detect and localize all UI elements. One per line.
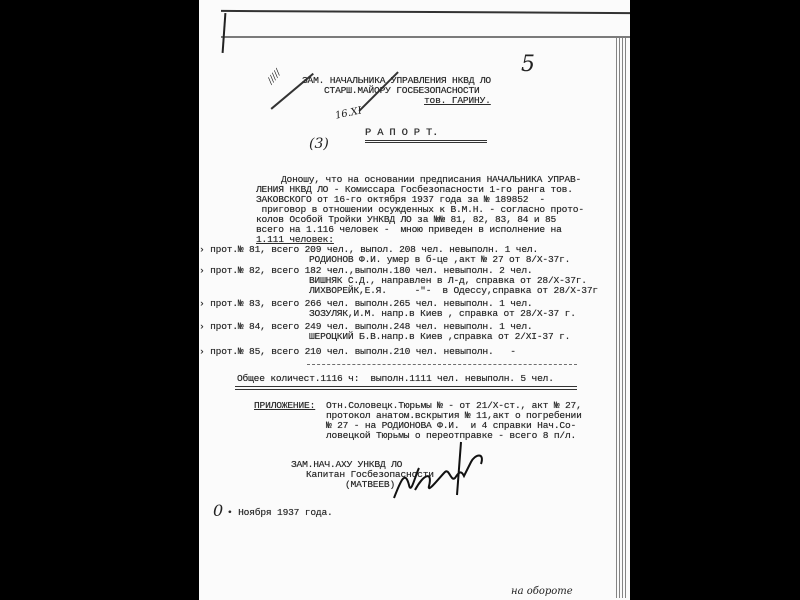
signature-name: (МАТВЕЕВ): [345, 480, 395, 490]
total-line: Общее количест.1116 ч: выполн.1111 чел. …: [237, 374, 554, 384]
separator-dashed: [307, 364, 577, 366]
addressee-line-3: тов. ГАРИНУ.: [424, 96, 491, 106]
total-underline: [235, 386, 577, 387]
margin-note-handwritten: 16.XI: [334, 105, 363, 121]
scan-artifact-line: [221, 36, 630, 38]
attachment-label: ПРИЛОЖЕНИЕ:: [254, 401, 315, 411]
title-underline: [365, 142, 487, 143]
document-page: 5 ///// ЗАМ. НАЧАЛЬНИКА УПРАВЛЕНИЯ НКВД …: [199, 0, 630, 600]
page-number-handwritten: 5: [521, 52, 535, 77]
protocol-detail: ЗОЗУЛЯК,И.М. напр.в Киев , справка от 28…: [309, 309, 576, 319]
title-underline: [365, 140, 487, 141]
margin-scribble: /////: [266, 68, 283, 86]
protocol-detail: ШЕРОЦКИЙ Б.В.напр.в Киев ,справка от 2/X…: [309, 332, 570, 342]
protocol-detail: РОДИОНОВ Ф.И. умер в б-це ,акт № 27 от 8…: [309, 255, 570, 265]
handwritten-signature: [389, 440, 499, 505]
scan-edge-artifact: [616, 38, 626, 598]
date-day-handwritten: 0: [213, 501, 223, 520]
protocol-detail: ЛИХВОРЕЙК,Е.Я. -"- в Одессу,справка от 2…: [309, 286, 598, 296]
scan-artifact-line: [222, 13, 227, 53]
total-underline: [235, 389, 577, 390]
document-title: Р А П О Р Т.: [365, 128, 438, 138]
footer-note-handwritten: на обороте: [511, 586, 573, 597]
date-text: • Ноября 1937 года.: [227, 508, 333, 518]
margin-scribble: (3): [309, 136, 329, 152]
scan-artifact-line: [221, 10, 630, 14]
protocol-line: › прот.№ 85, всего 210 чел. выполн.210 ч…: [199, 347, 516, 357]
